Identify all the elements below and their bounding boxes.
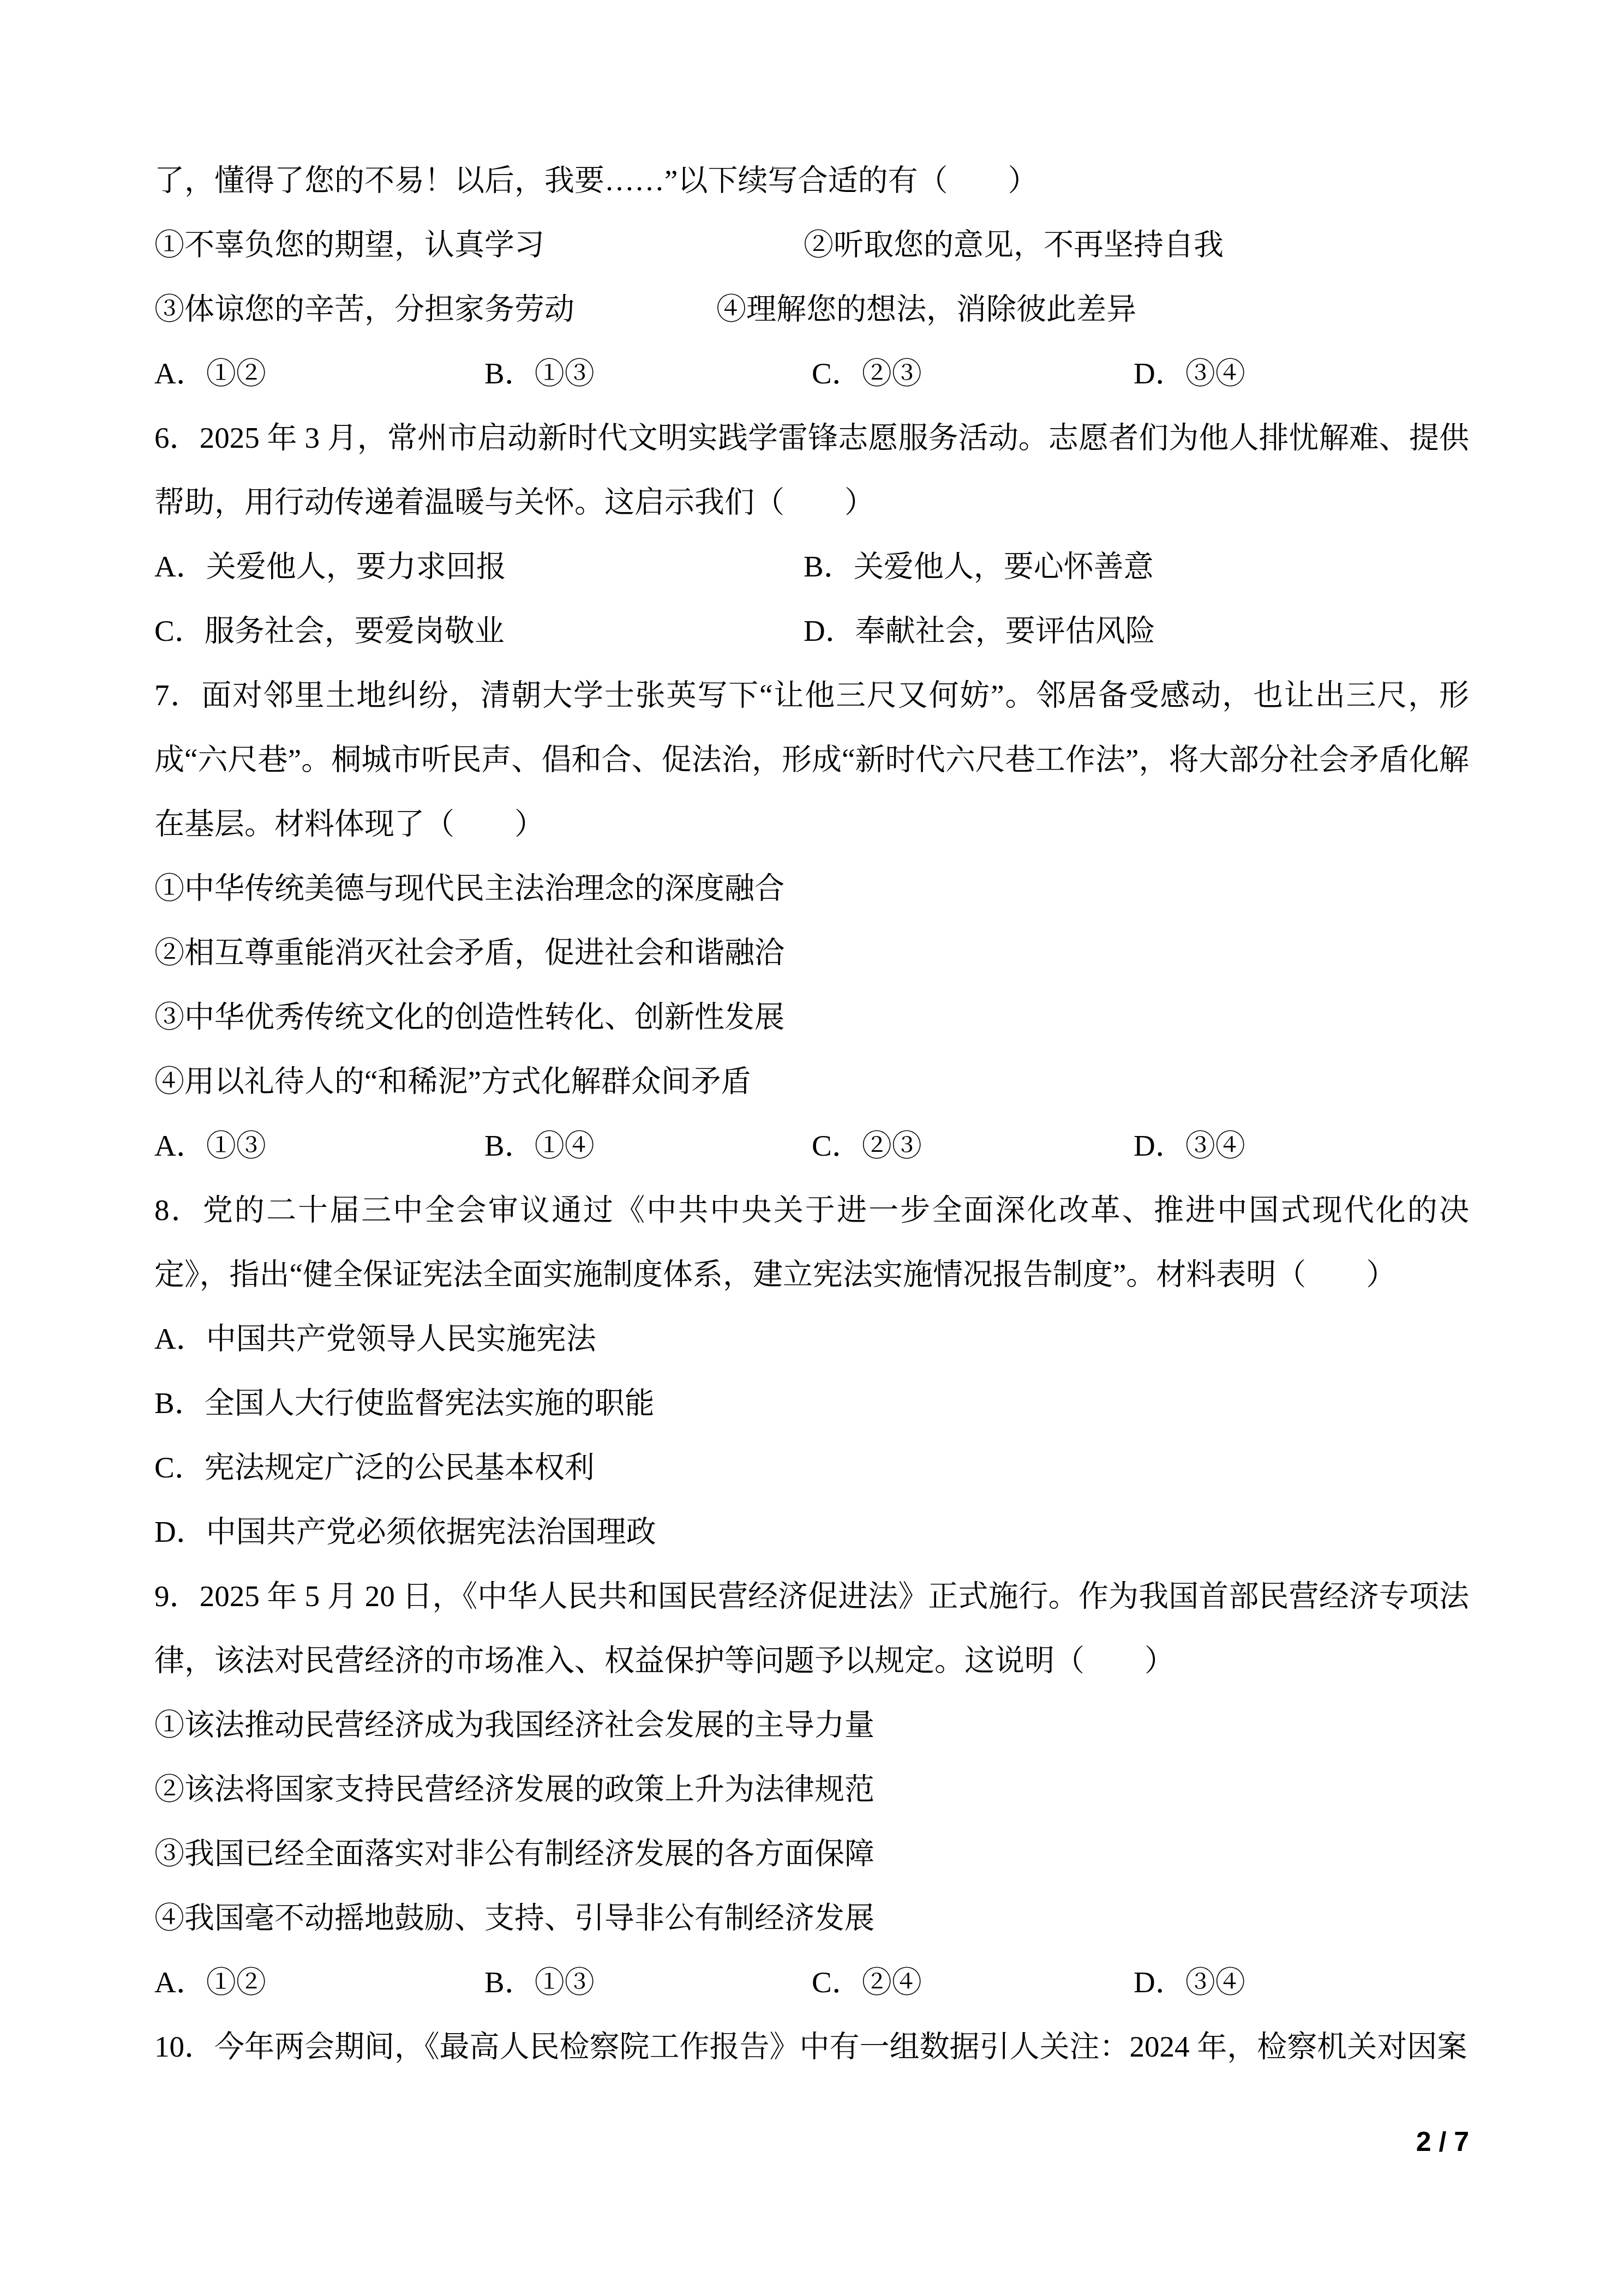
answer-choice: D．③④	[1134, 341, 1245, 406]
question-6-answer-row-2: C．服务社会，要爱岗敬业 D．奉献社会，要评估风险	[154, 599, 1469, 663]
question-7-item-2: ②相互尊重能消灭社会矛盾，促进社会和谐融洽	[154, 921, 1469, 985]
answer-choice: C．②④	[812, 1950, 1134, 2015]
option-cell: ①不辜负您的期望，认真学习	[154, 213, 804, 277]
question-10-stem-partial: 10．今年两会期间，《最高人民检察院工作报告》中有一组数据引人关注：2024 年…	[154, 2015, 1469, 2079]
question-9-item-1: ①该法推动民营经济成为我国经济社会发展的主导力量	[154, 1693, 1469, 1757]
answer-choice: C．②③	[812, 1114, 1134, 1178]
question-8-choice-d: D．中国共产党必须依据宪法治国理政	[154, 1500, 1469, 1564]
question-text: 2025 年 3 月，常州市启动新时代文明实践学雷锋志愿服务活动。志愿者们为他人…	[154, 421, 1469, 519]
answer-choice: C．②③	[812, 341, 1134, 406]
question-text: 面对邻里土地纠纷，清朝大学士张英写下“让他三尺又何妨”。邻居备受感动，也让出三尺…	[154, 678, 1469, 840]
answer-choice: D．③④	[1134, 1950, 1245, 2015]
question-number: 7．	[154, 678, 201, 712]
question-5-items-row-1: ①不辜负您的期望，认真学习 ②听取您的意见，不再坚持自我	[154, 213, 1469, 277]
question-number: 6．	[154, 421, 200, 454]
question-text: 党的二十届三中全会审议通过《中共中央关于进一步全面深化改革、推进中国式现代化的决…	[154, 1193, 1469, 1291]
answer-choice: A．关爱他人，要力求回报	[154, 534, 804, 599]
question-9-item-4: ④我国毫不动摇地鼓励、支持、引导非公有制经济发展	[154, 1886, 1469, 1950]
answer-choice: D．③④	[1134, 1114, 1245, 1178]
option-cell: ③体谅您的辛苦，分担家务劳动	[154, 277, 716, 341]
answer-choice: B．①④	[484, 1114, 812, 1178]
exam-page: 了，懂得了您的不易！以后，我要……”以下续写合适的有（ ） ①不辜负您的期望，认…	[0, 0, 1624, 2296]
question-6: 6．2025 年 3 月，常州市启动新时代文明实践学雷锋志愿服务活动。志愿者们为…	[154, 406, 1469, 663]
answer-choice: B．①③	[484, 1950, 812, 2015]
option-cell: ②听取您的意见，不再坚持自我	[804, 213, 1224, 277]
question-5-answer-row: A．①② B．①③ C．②③ D．③④	[154, 341, 1469, 406]
option-cell: ④理解您的想法，消除彼此差异	[716, 277, 1136, 341]
question-9-item-3: ③我国已经全面落实对非公有制经济发展的各方面保障	[154, 1822, 1469, 1886]
question-text: 了，懂得了您的不易！以后，我要……”以下续写合适的有（ ）	[154, 164, 1038, 197]
answer-choice: B．①③	[484, 341, 812, 406]
question-6-stem: 6．2025 年 3 月，常州市启动新时代文明实践学雷锋志愿服务活动。志愿者们为…	[154, 406, 1469, 534]
question-8-choice-b: B．全国人大行使监督宪法实施的职能	[154, 1371, 1469, 1435]
question-9-item-2: ②该法将国家支持民营经济发展的政策上升为法律规范	[154, 1757, 1469, 1822]
question-number: 9．	[154, 1579, 200, 1613]
question-number: 10．	[154, 2030, 214, 2063]
question-8-choice-a: A．中国共产党领导人民实施宪法	[154, 1307, 1469, 1371]
question-text: 2025 年 5 月 20 日，《中华人民共和国民营经济促进法》正式施行。作为我…	[154, 1579, 1469, 1677]
answer-choice: C．服务社会，要爱岗敬业	[154, 599, 804, 663]
question-9-stem: 9．2025 年 5 月 20 日，《中华人民共和国民营经济促进法》正式施行。作…	[154, 1564, 1469, 1693]
question-6-answer-row-1: A．关爱他人，要力求回报 B．关爱他人，要心怀善意	[154, 534, 1469, 599]
question-number: 8．	[154, 1193, 203, 1227]
answer-choice: D．奉献社会，要评估风险	[804, 599, 1155, 663]
answer-choice: A．①③	[154, 1114, 484, 1178]
question-text: 今年两会期间，《最高人民检察院工作报告》中有一组数据引人关注：2024 年，检察…	[214, 2030, 1467, 2063]
answer-choice: A．①②	[154, 1950, 484, 2015]
question-8-choice-c: C．宪法规定广泛的公民基本权利	[154, 1435, 1469, 1500]
question-10: 10．今年两会期间，《最高人民检察院工作报告》中有一组数据引人关注：2024 年…	[154, 2015, 1469, 2079]
question-7-stem: 7．面对邻里土地纠纷，清朝大学士张英写下“让他三尺又何妨”。邻居备受感动，也让出…	[154, 663, 1469, 856]
answer-choice: B．关爱他人，要心怀善意	[804, 534, 1154, 599]
question-7-item-4: ④用以礼待人的“和稀泥”方式化解群众间矛盾	[154, 1049, 1469, 1114]
question-7-answer-row: A．①③ B．①④ C．②③ D．③④	[154, 1114, 1469, 1178]
question-9-answer-row: A．①② B．①③ C．②④ D．③④	[154, 1950, 1469, 2015]
question-7: 7．面对邻里土地纠纷，清朝大学士张英写下“让他三尺又何妨”。邻居备受感动，也让出…	[154, 663, 1469, 1178]
page-content: 了，懂得了您的不易！以后，我要……”以下续写合适的有（ ） ①不辜负您的期望，认…	[154, 148, 1469, 2079]
question-5-stem-continuation: 了，懂得了您的不易！以后，我要……”以下续写合适的有（ ）	[154, 148, 1469, 213]
question-5: 了，懂得了您的不易！以后，我要……”以下续写合适的有（ ） ①不辜负您的期望，认…	[154, 148, 1469, 406]
question-7-item-3: ③中华优秀传统文化的创造性转化、创新性发展	[154, 985, 1469, 1049]
question-8-stem: 8．党的二十届三中全会审议通过《中共中央关于进一步全面深化改革、推进中国式现代化…	[154, 1178, 1469, 1307]
question-5-items-row-2: ③体谅您的辛苦，分担家务劳动 ④理解您的想法，消除彼此差异	[154, 277, 1469, 341]
question-8: 8．党的二十届三中全会审议通过《中共中央关于进一步全面深化改革、推进中国式现代化…	[154, 1178, 1469, 1564]
answer-choice: A．①②	[154, 341, 484, 406]
question-9: 9．2025 年 5 月 20 日，《中华人民共和国民营经济促进法》正式施行。作…	[154, 1564, 1469, 2015]
question-7-item-1: ①中华传统美德与现代民主法治理念的深度融合	[154, 856, 1469, 921]
page-number: 2 / 7	[154, 2126, 1469, 2157]
